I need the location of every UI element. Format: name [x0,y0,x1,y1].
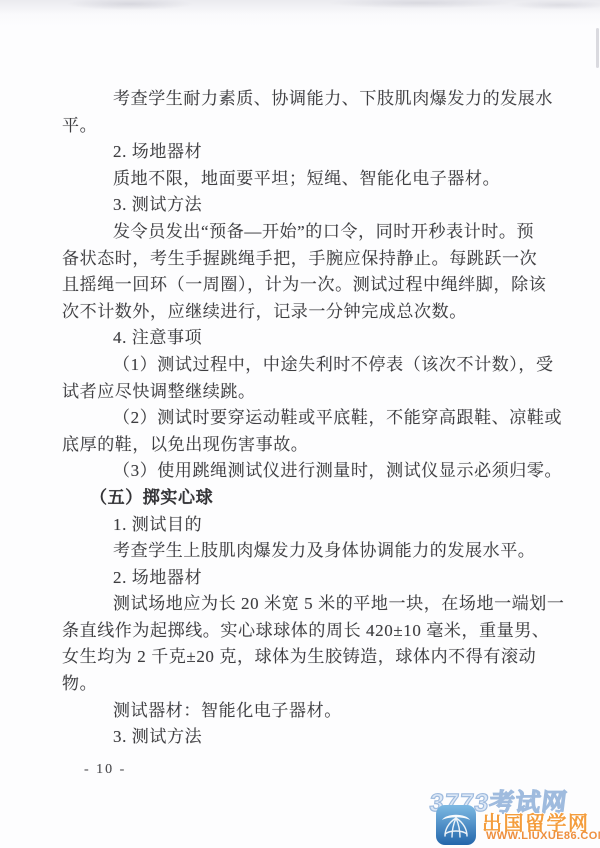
text-line: 备状态时，考生手握跳绳手把，手腕应保持静止。每跳跃一次 [62,246,540,273]
scan-artifact-edge [596,28,599,68]
text-line: 考查学生耐力素质、协调能力、下肢肌肉爆发力的发展水 [62,86,540,113]
scanned-document-page: 考查学生耐力素质、协调能力、下肢肌肉爆发力的发展水平。2. 场地器材质地不限，地… [0,0,600,848]
text-line: 2. 场地器材 [62,139,540,166]
watermark: 3773考试网 出国留学网 [390,765,600,848]
text-line: （1）测试过程中，中途失利时不停表（该次不计数），受 [62,352,540,379]
text-line: 3. 测试方法 [62,724,540,751]
text-line: 底厚的鞋，以免出现伤害事故。 [62,432,540,459]
text-line: 测试器材：智能化电子器材。 [62,698,540,725]
text-line: 次不计数外，应继续进行，记录一分钟完成总次数。 [62,299,540,326]
page-number: - 10 - [84,762,126,778]
text-line: 条直线作为起掷线。实心球球体的周长 420±10 毫米，重量男、 [62,618,540,645]
text-line: 考查学生上肢肌肉爆发力及身体协调能力的发展水平。 [62,538,540,565]
text-line: 试者应尽快调整继续跳。 [62,379,540,406]
text-line: 2. 场地器材 [62,565,540,592]
text-line: （3）使用跳绳测试仪进行测量时，测试仪显示必须归零。 [62,458,540,485]
text-line: 1. 测试目的 [62,512,540,539]
text-line: 3. 测试方法 [62,192,540,219]
text-line: 女生均为 2 千克±20 克，球体为生胶铸造，球体内不得有滚动 [62,644,540,671]
umbrella-logo-icon [436,805,476,845]
text-line: 4. 注意事项 [62,325,540,352]
watermark-url-text: WWW.LIUXUE86.COM [486,830,600,842]
text-line: 质地不限，地面要平坦；短绳、智能化电子器材。 [62,166,540,193]
text-line: 发令员发出“预备—开始”的口令，同时开秒表计时。预 [62,219,540,246]
document-lines: 考查学生耐力素质、协调能力、下肢肌肉爆发力的发展水平。2. 场地器材质地不限，地… [62,86,540,751]
text-line: 且摇绳一回环（一周圈），计为一次。测试过程中绳绊脚，除该 [62,272,540,299]
text-line: 平。 [62,113,540,140]
scan-artifact-top [0,0,600,26]
text-line: 物。 [62,671,540,698]
text-line: （五）掷实心球 [62,485,540,512]
text-line: 测试场地应为长 20 米宽 5 米的平地一块，在场地一端划一 [62,591,540,618]
text-line: （2）测试时要穿运动鞋或平底鞋，不能穿高跟鞋、凉鞋或 [62,405,540,432]
